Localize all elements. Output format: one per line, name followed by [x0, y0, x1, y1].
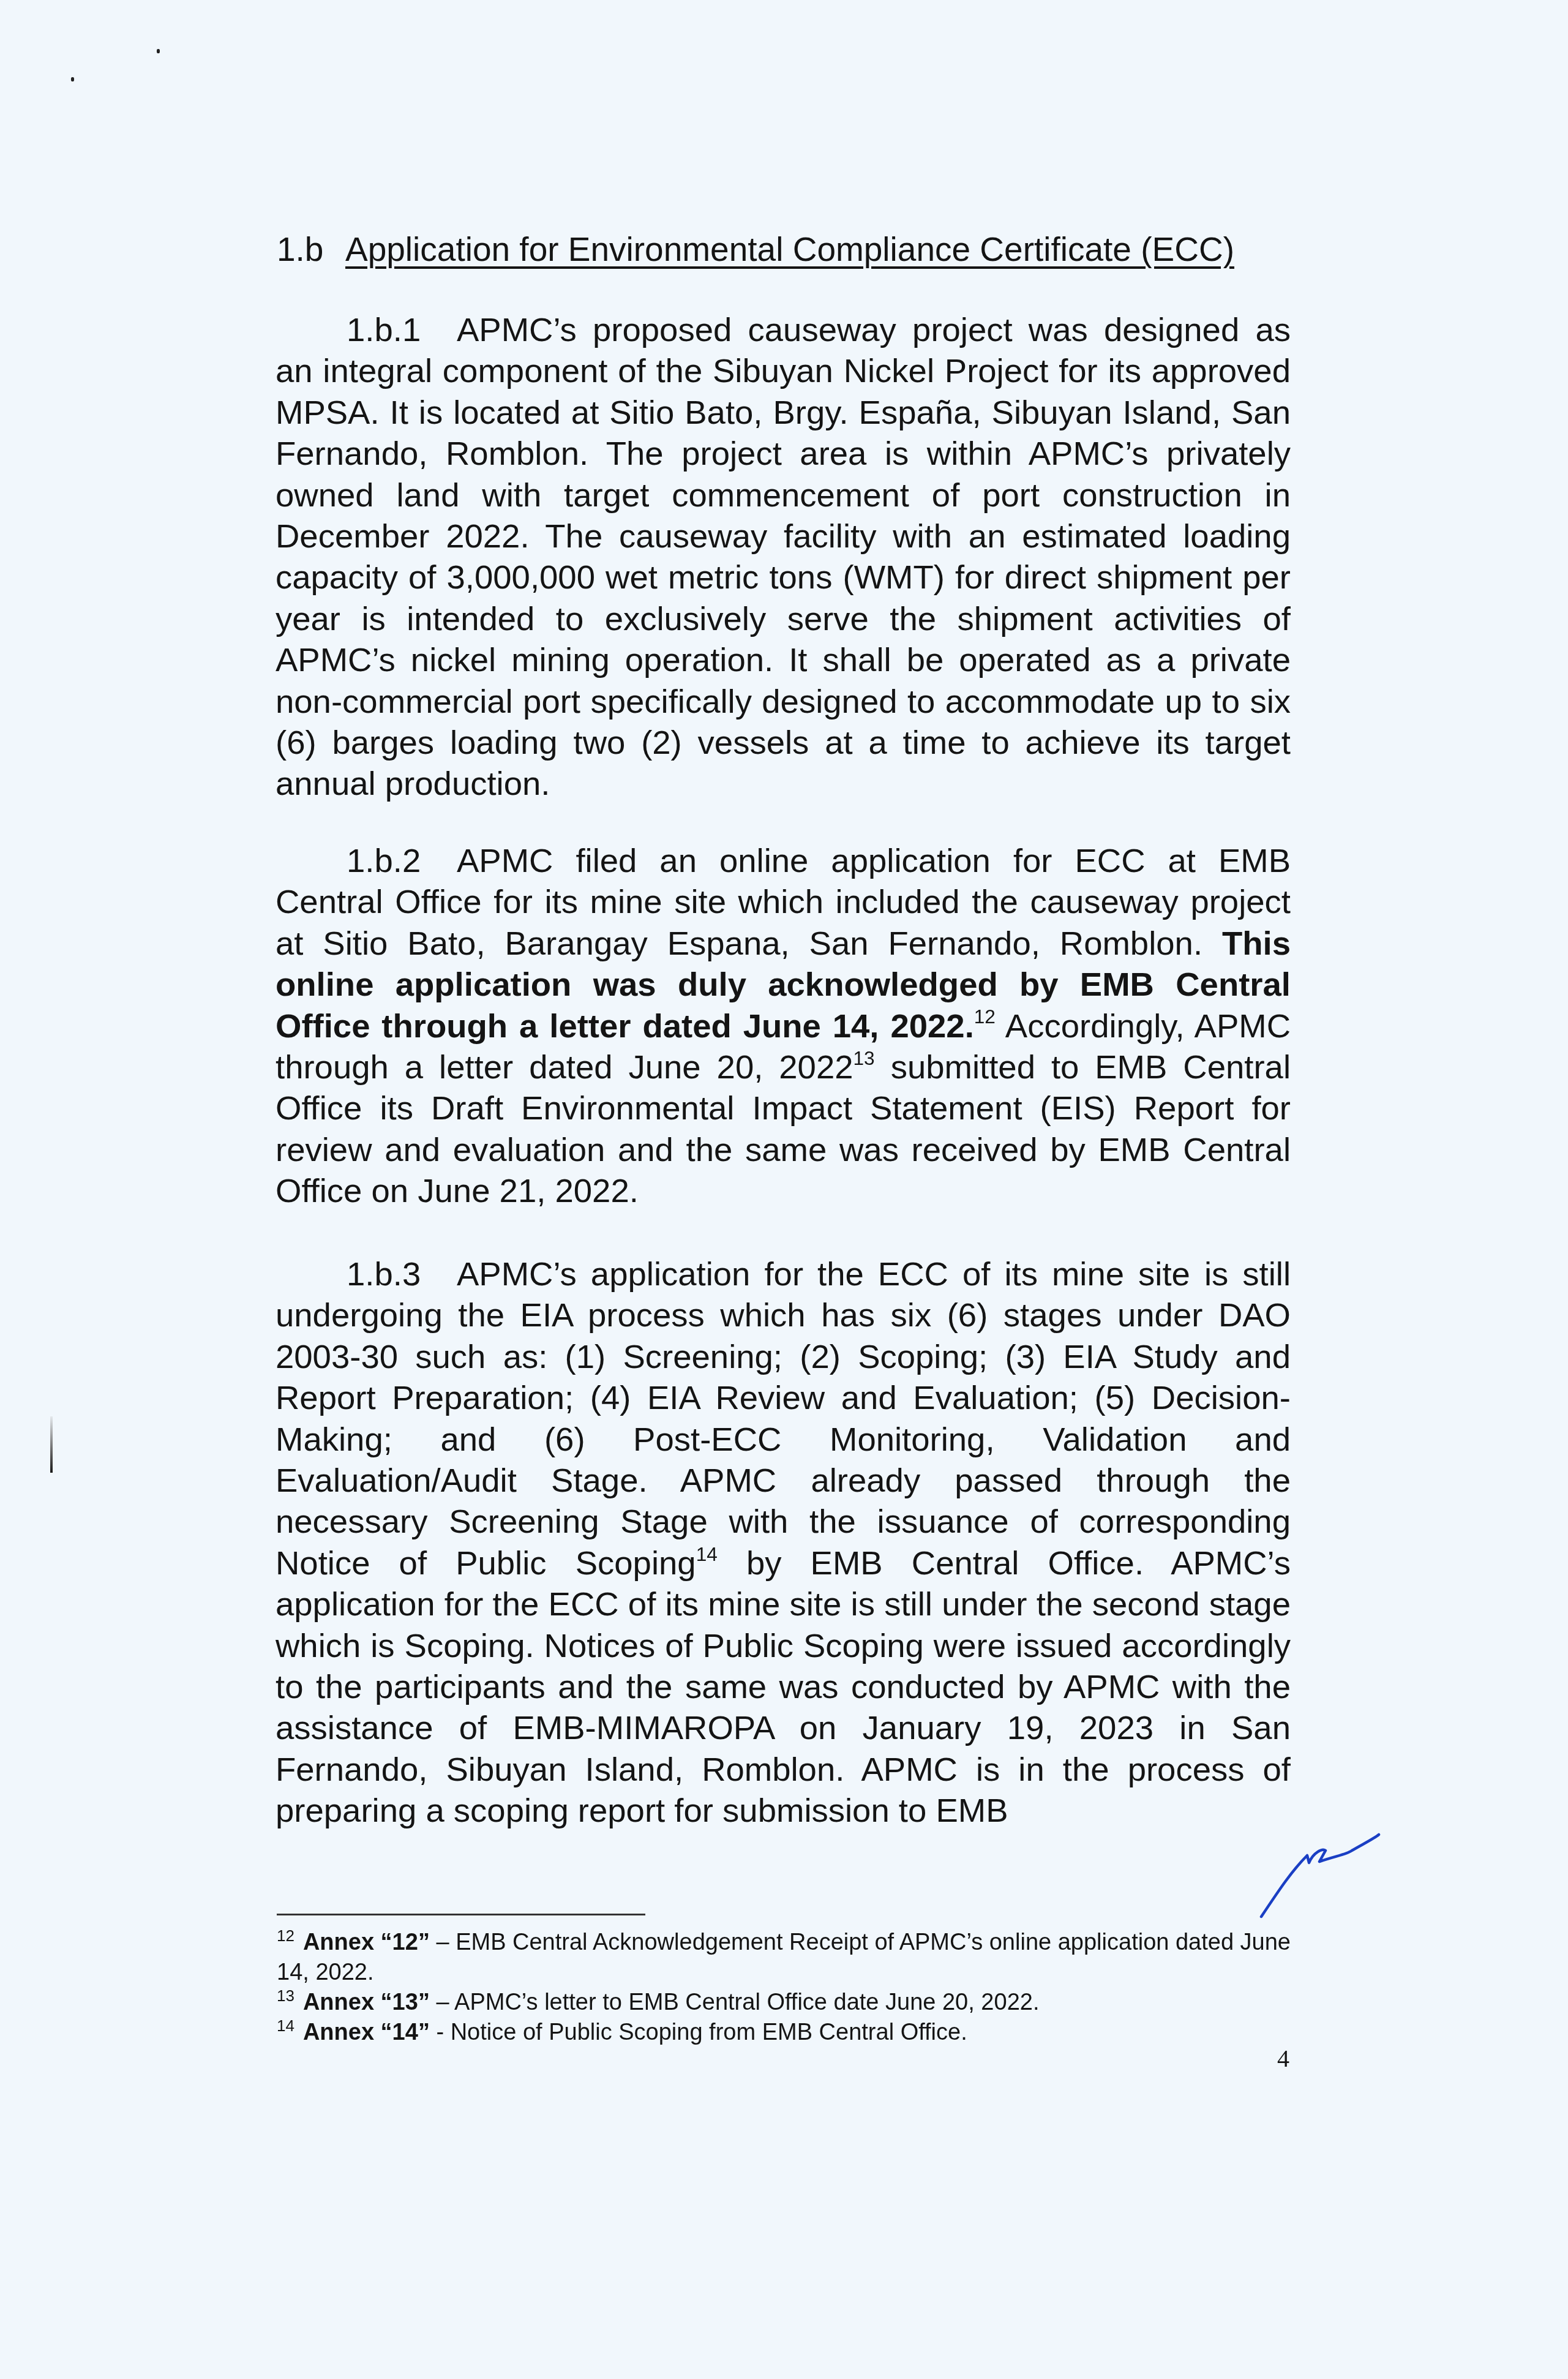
- paragraph-text: by EMB Central Office. APMC’s applicatio…: [276, 1544, 1291, 1829]
- signature-initials: [1237, 1819, 1384, 1923]
- paragraph-1-b-1: 1.b.1APMC’s proposed causeway project wa…: [276, 309, 1291, 805]
- footnote-label: Annex “13”: [303, 1990, 430, 2015]
- scan-speck: [71, 77, 74, 81]
- footnote-label: Annex “14”: [303, 2020, 430, 2045]
- footnote-ref-13[interactable]: 13: [853, 1047, 875, 1069]
- document-page: 1.bApplication for Environmental Complia…: [0, 0, 1568, 2379]
- footnote-14: 14Annex “14” - Notice of Public Scoping …: [277, 2018, 1299, 2048]
- footnote-separator: [277, 1914, 645, 1915]
- paragraph-1-b-2: 1.b.2APMC filed an online application fo…: [276, 840, 1291, 1212]
- paragraph-text: APMC’s proposed causeway project was des…: [276, 311, 1291, 802]
- page-number: 4: [1277, 2044, 1289, 2073]
- section-number: 1.b: [277, 228, 345, 271]
- paragraph-text: APMC’s application for the ECC of its mi…: [276, 1255, 1291, 1582]
- paragraph-number: 1.b.1: [276, 309, 457, 350]
- footnotes: 12Annex “12” – EMB Central Acknowledgeme…: [277, 1928, 1299, 2048]
- margin-mark: [50, 1416, 53, 1473]
- paragraph-number: 1.b.3: [276, 1253, 457, 1295]
- paragraph-1-b-3: 1.b.3APMC’s application for the ECC of i…: [276, 1253, 1291, 1832]
- footnote-12: 12Annex “12” – EMB Central Acknowledgeme…: [277, 1928, 1299, 1988]
- footnote-text: – APMC’s letter to EMB Central Office da…: [436, 1990, 1039, 2015]
- section-title: Application for Environmental Compliance…: [345, 230, 1234, 268]
- footnote-ref-14[interactable]: 14: [696, 1543, 718, 1565]
- footnote-number: 13: [277, 1986, 294, 2005]
- section-heading: 1.bApplication for Environmental Complia…: [277, 228, 1318, 271]
- paragraph-number: 1.b.2: [276, 840, 457, 881]
- footnote-number: 12: [277, 1926, 294, 1945]
- footnote-ref-12[interactable]: 12: [974, 1005, 996, 1028]
- footnote-number: 14: [277, 2016, 294, 2035]
- scan-speck: [157, 49, 160, 53]
- footnote-13: 13Annex “13” – APMC’s letter to EMB Cent…: [277, 1988, 1299, 2018]
- footnote-label: Annex “12”: [303, 1930, 430, 1955]
- footnote-text: - Notice of Public Scoping from EMB Cent…: [436, 2020, 967, 2045]
